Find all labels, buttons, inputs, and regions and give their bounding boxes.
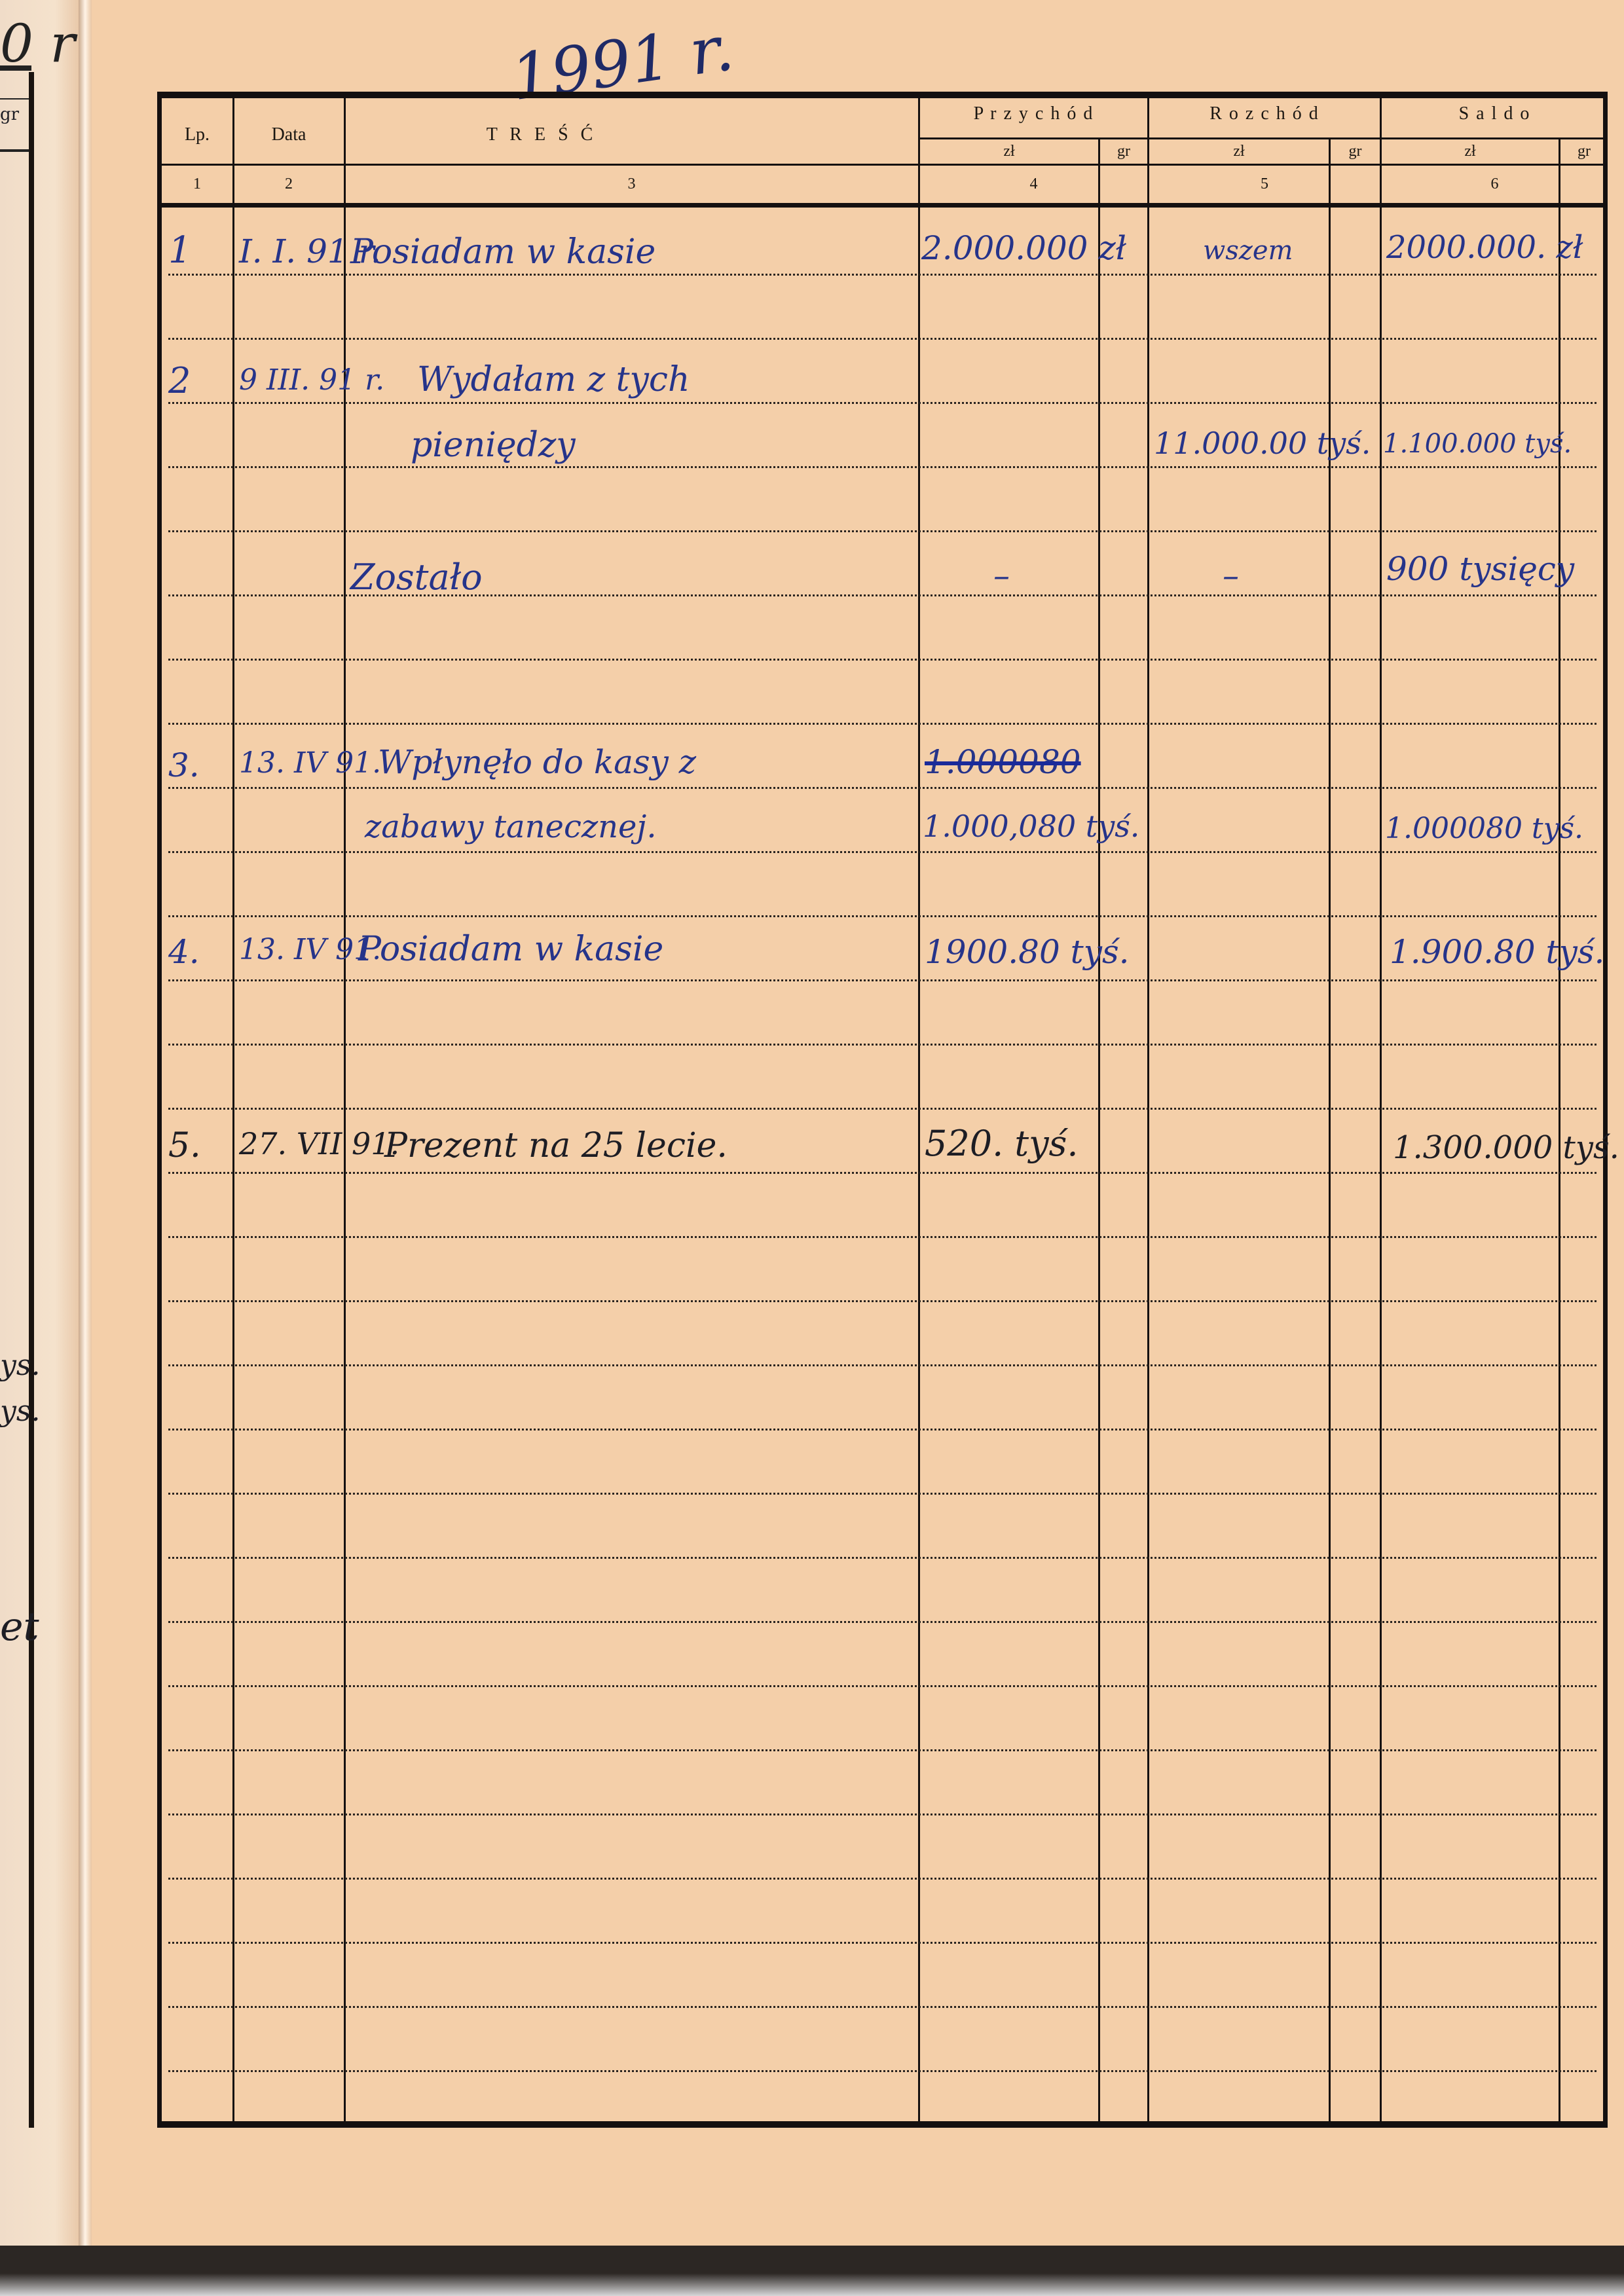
previous-page-border [29, 72, 34, 2128]
column-number: 1 [162, 175, 232, 193]
entry-content: Prezent na 25 lecie. [384, 1126, 728, 1165]
entry-expense: – [1223, 556, 1239, 594]
previous-page-rule [0, 98, 31, 100]
row-line [168, 1300, 1596, 1302]
row-line [168, 1236, 1596, 1238]
entry-income-struck: 1.000080 [925, 743, 1081, 781]
header-income-zl: zł [920, 143, 1098, 160]
row-line [168, 1557, 1596, 1559]
header-balance-gr: gr [1560, 143, 1608, 160]
entry-content: Wpłynęło do kasy z [378, 743, 696, 781]
row-line [168, 979, 1596, 981]
row-line [168, 1044, 1596, 1046]
entry-income: 1900.80 tyś. [925, 933, 1130, 971]
row-line [168, 466, 1596, 468]
row-line [168, 915, 1596, 917]
row-line [168, 1493, 1596, 1495]
header-expense-gr: gr [1331, 143, 1380, 160]
previous-page-gr-label: gr [0, 105, 19, 124]
entry-income: – [993, 556, 1010, 594]
header-income-gr: gr [1100, 143, 1147, 160]
entry-content: zabawy tanecznej. [365, 809, 657, 845]
entry-content: Posiadam w kasie [358, 930, 663, 969]
book-bottom-edge [0, 2246, 1624, 2296]
column-number: 6 [1382, 175, 1608, 193]
header-rule [918, 137, 1603, 139]
entry-expense: 11.000.00 tyś. [1154, 426, 1371, 461]
entry-lp: 5. [168, 1126, 201, 1165]
entry-lp: 1 [168, 229, 192, 272]
row-line [168, 1685, 1596, 1687]
row-line [168, 1621, 1596, 1623]
entry-income: 520. tyś. [925, 1123, 1078, 1164]
row-line [168, 1942, 1596, 1944]
row-line [168, 1813, 1596, 1815]
row-line [168, 851, 1596, 853]
column-divider [1098, 137, 1100, 2121]
entry-expense: wszem [1203, 236, 1293, 266]
entry-lp: 2 [168, 360, 191, 401]
entry-content: pieniędzy [411, 426, 576, 465]
column-number: 2 [234, 175, 344, 193]
entry-balance: 2000.000. zł [1386, 229, 1583, 266]
header-date: Data [234, 124, 344, 145]
row-line [168, 1878, 1596, 1880]
row-line [168, 1749, 1596, 1751]
entry-income: 1.000,080 tyś. [923, 809, 1139, 844]
column-number: 4 [920, 175, 1147, 193]
entry-content: Wydałam z tych [417, 360, 690, 399]
entry-balance: 1.900.80 tyś. [1390, 933, 1604, 971]
previous-page-note: ys. [0, 1394, 40, 1428]
entry-balance: 1.000080 tyś. [1385, 812, 1583, 845]
header-content: T R E Ś Ć [345, 124, 738, 145]
column-number: 5 [1149, 175, 1380, 193]
entry-date: 9 III. 91 r. [239, 363, 384, 397]
header-balance: S a l d o [1382, 103, 1608, 124]
header-expense: R o z c h ó d [1149, 103, 1380, 124]
row-line [168, 402, 1596, 404]
row-line [168, 1429, 1596, 1430]
previous-page-edge: 0 r gr ys. ys. et [0, 0, 79, 2246]
book-gutter [79, 0, 92, 2246]
cash-ledger-table: Lp. Data T R E Ś Ć P r z y c h ó d R o z… [157, 92, 1608, 2128]
previous-page-note: et [0, 1604, 39, 1650]
column-number: 3 [345, 175, 918, 193]
row-line [168, 2070, 1596, 2072]
header-bottom-rule [162, 203, 1603, 208]
entry-balance: 1.300.000 tyś. [1393, 1129, 1619, 1166]
previous-page-rule [0, 149, 31, 152]
header-expense-zl: zł [1149, 143, 1329, 160]
header-income: P r z y c h ó d [920, 103, 1147, 124]
row-line [168, 723, 1596, 725]
row-line [168, 659, 1596, 661]
row-line [168, 1108, 1596, 1110]
entry-content: Posiadam w kasie [350, 232, 655, 272]
header-balance-zl: zł [1382, 143, 1559, 160]
entry-balance: 1.100.000 tyś. [1383, 429, 1572, 459]
row-line [168, 338, 1596, 340]
entry-lp: 3. [168, 746, 200, 784]
entry-balance: 900 tysięcy [1386, 550, 1574, 588]
row-line [168, 1172, 1596, 1174]
row-line [168, 274, 1596, 276]
entry-income: 2.000.000 zł [921, 229, 1126, 267]
header-rule [162, 164, 1603, 166]
entry-date: 13. IV 91. [239, 746, 381, 780]
header-lp: Lp. [162, 124, 232, 145]
row-line [168, 2006, 1596, 2008]
row-line [168, 787, 1596, 789]
entry-lp: 4. [168, 933, 200, 971]
entry-content: Zostało [350, 556, 483, 598]
row-line [168, 1364, 1596, 1366]
entry-date: 27. VII 91. [239, 1126, 399, 1161]
row-line [168, 530, 1596, 532]
previous-page-top-rule [0, 65, 31, 71]
previous-page-note: ys. [0, 1349, 40, 1382]
